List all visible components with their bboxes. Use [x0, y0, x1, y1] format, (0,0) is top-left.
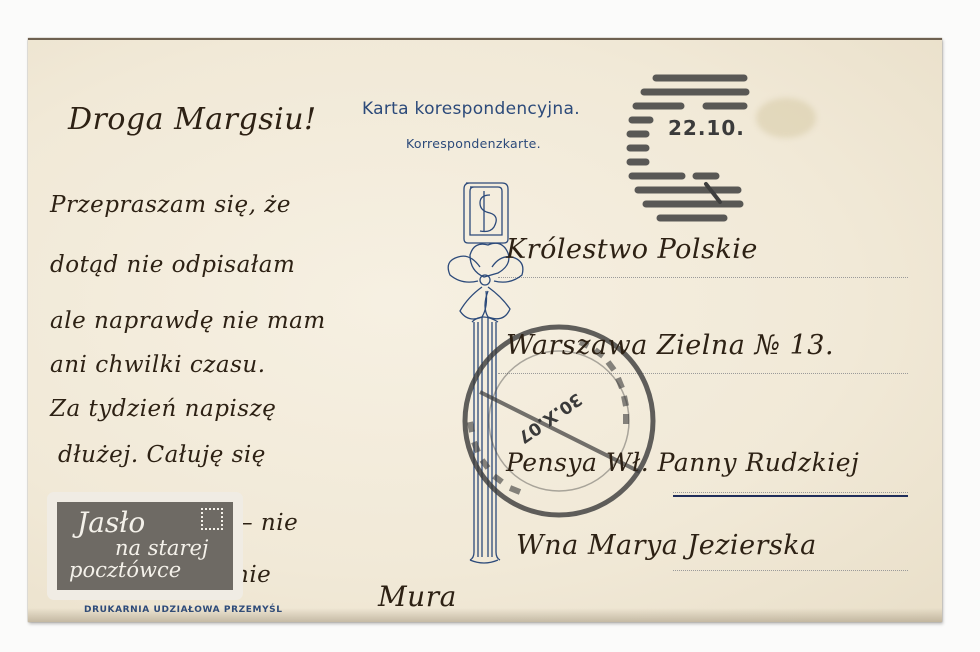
message-line-2: dotąd nie odpisałam — [50, 252, 295, 278]
postmark-top — [626, 72, 758, 230]
message-signature: Mura — [378, 580, 457, 613]
card-title-german: Korrespondenzkarte. — [406, 136, 541, 151]
stain — [756, 98, 816, 138]
message-line-3: ale naprawdę nie mam — [50, 308, 326, 334]
address-line-4 — [673, 570, 908, 571]
printer-credit: DRUKARNIA UDZIAŁOWA PRZEMYŚL — [84, 605, 283, 615]
address-street: Warszawa Zielna № 13. — [506, 330, 834, 361]
watermark-line-2: na starej — [115, 536, 208, 560]
message-line-1: Przepraszam się, że — [50, 192, 291, 218]
address-line-1 — [498, 277, 908, 278]
watermark-panel: Jasło na starej pocztówce — [57, 502, 233, 590]
message-line-5: Za tydzień napiszę — [50, 396, 276, 422]
address-underline — [673, 495, 908, 497]
address-country: Królestwo Polskie — [506, 234, 758, 265]
message-greeting: Droga Margsiu! — [68, 102, 317, 137]
postcard: Karta korespondencyjna. Korrespondenzkar… — [28, 38, 942, 622]
watermark-line-3: pocztówce — [69, 558, 181, 582]
message-line-4: ani chwilki czasu. — [50, 352, 266, 378]
stamp-icon — [201, 508, 223, 530]
card-title-polish: Karta korespondencyjna. — [362, 99, 580, 119]
watermark-badge: Jasło na starej pocztówce — [50, 495, 240, 597]
address-line-3 — [673, 492, 908, 493]
watermark-line-1: Jasło — [77, 506, 145, 539]
message-line-6: dłużej. Całuję się — [58, 442, 266, 468]
address-pension: Pensya Wł. Panny Rudzkiej — [506, 448, 859, 477]
postmark-date: 22.10. — [668, 116, 745, 140]
address-recipient: Wna Marya Jezierska — [516, 530, 817, 561]
